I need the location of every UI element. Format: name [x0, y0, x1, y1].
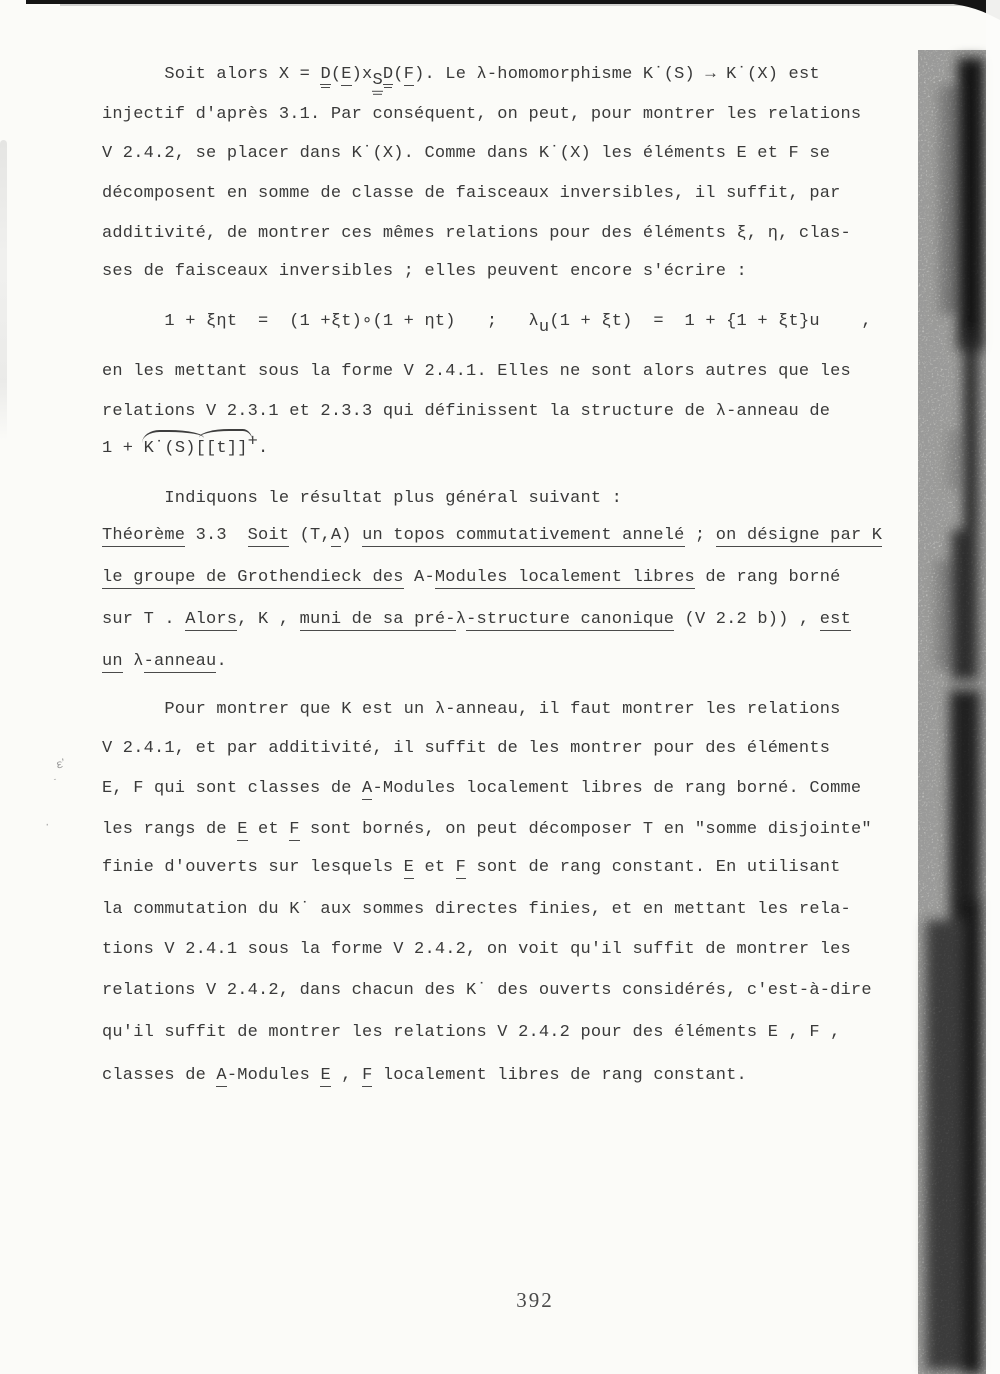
text-line-20: finie d'ouverts sur lesquels E et F sont… — [102, 858, 841, 878]
text-line-11: Indiquons le résultat plus général suiva… — [102, 489, 622, 509]
text-line-14: sur T . Alors, K , muni de sa pré-λ-stru… — [102, 610, 851, 630]
text-line-22: tions V 2.4.1 sous la forme V 2.4.2, on … — [102, 940, 851, 960]
page-text: Soit alors X = D(E)xSD(F). Le λ-homomorp… — [102, 0, 962, 1374]
text-line-2: injectif d'après 3.1. Par conséquent, on… — [102, 105, 861, 125]
margin-pencil-mark: ˊ — [46, 777, 58, 791]
text-line-21: la commutation du K˙ aux sommes directes… — [102, 900, 851, 920]
text-line-23: relations V 2.4.2, dans chacun des K˙ de… — [102, 981, 872, 1001]
text-line-13: le groupe de Grothendieck des A-Modules … — [102, 568, 841, 588]
text-line-16: Pour montrer que K est un λ-anneau, il f… — [102, 700, 841, 720]
text-line-4: décomposent en somme de classe de faisce… — [102, 184, 841, 204]
page-number: 392 — [505, 1288, 565, 1313]
text-line-19: les rangs de E et F sont bornés, on peut… — [102, 820, 872, 840]
text-line-25: classes de A-Modules E , F localement li… — [102, 1066, 747, 1086]
text-line-8: en les mettant sous la forme V 2.4.1. El… — [102, 362, 851, 382]
text-line-1: Soit alors X = D(E)xSD(F). Le λ-homomorp… — [102, 65, 820, 86]
text-line-7: 1 + ξηt = (1 +ξt)∘(1 + ηt) ; λu(1 + ξt) … — [102, 312, 872, 332]
text-line-24: qu'il suffit de montrer les relations V … — [102, 1023, 841, 1043]
text-line-12: Théorème 3.3 Soit (T,A) un topos commuta… — [102, 526, 882, 546]
text-line-10: 1 + K˙(S)[[t]]+. — [102, 439, 268, 459]
text-line-5: additivité, de montrer ces mêmes relatio… — [102, 224, 851, 244]
text-line-6: ses de faisceaux inversibles ; elles peu… — [102, 262, 747, 282]
text-line-17: V 2.4.1, et par additivité, il suffit de… — [102, 739, 830, 759]
text-line-3: V 2.4.2, se placer dans K˙(X). Comme dan… — [102, 144, 830, 164]
text-line-15: un λ-anneau. — [102, 652, 227, 672]
text-line-18: E, F qui sont classes de A-Modules local… — [102, 779, 861, 799]
text-line-9: relations V 2.3.1 et 2.3.3 qui définisse… — [102, 402, 830, 422]
margin-pencil-mark: ε̕ — [55, 757, 65, 772]
scan-left-edge-smudge — [0, 140, 7, 440]
margin-pencil-mark: · — [44, 820, 51, 832]
